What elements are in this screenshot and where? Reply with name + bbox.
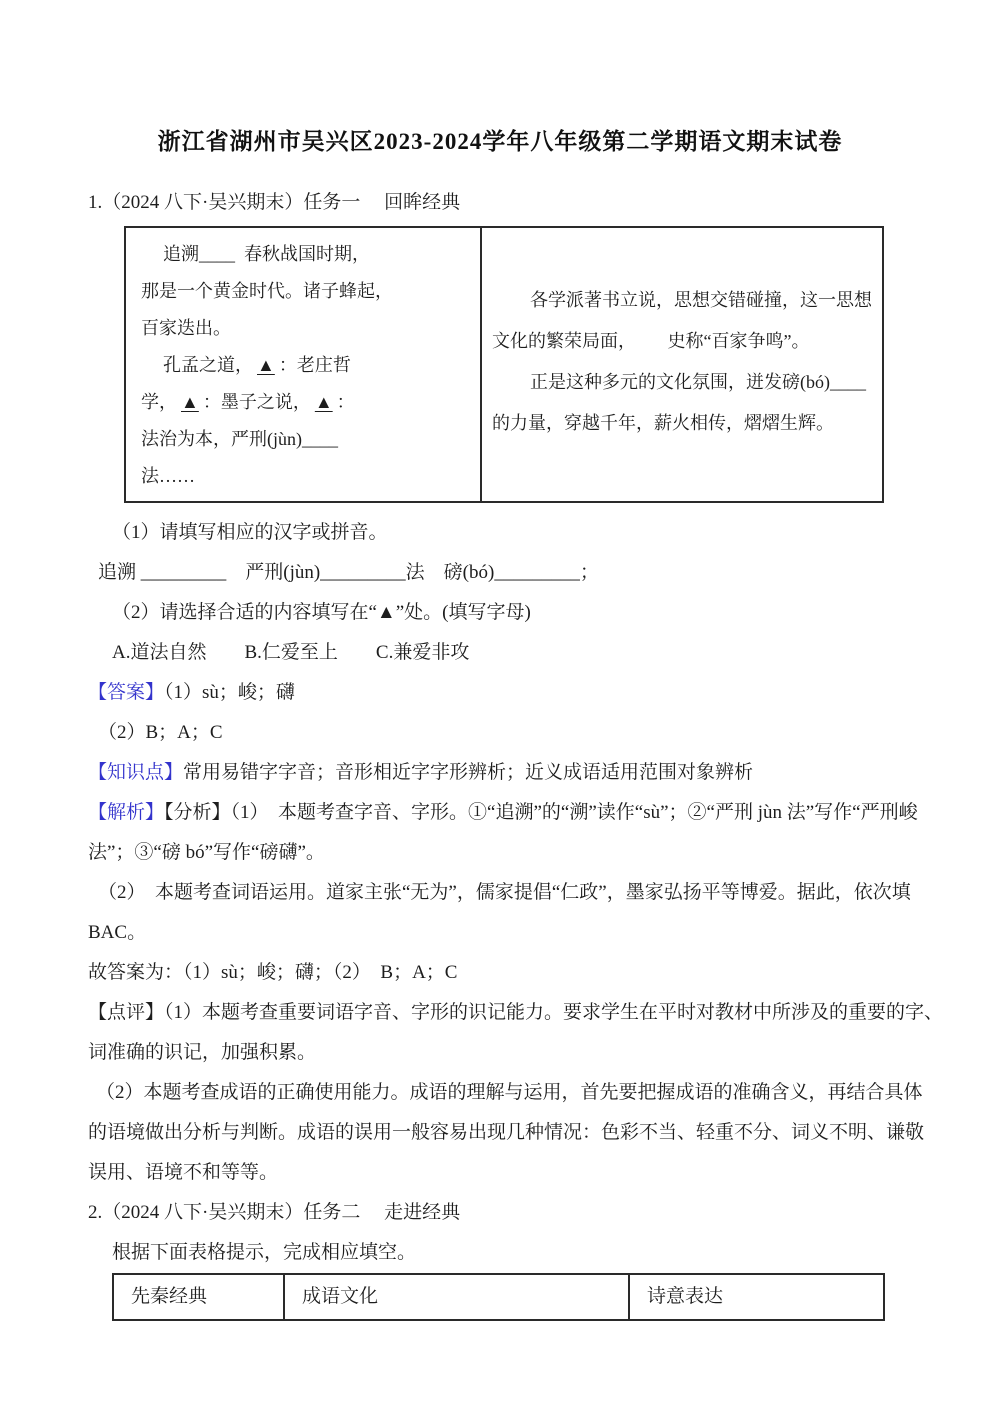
knowledge-point-text: 常用易错字字音；音形相近字字形辨析；近义成语适用范围对象辨析: [183, 762, 753, 783]
fill-table-header-cell: 诗意表达: [630, 1275, 883, 1319]
passage-text: 学，: [141, 392, 177, 412]
passage-table: 追溯____ 春秋战国时期， 那是一个黄金时代。诸子蜂起， 百家迭出。 孔孟之道…: [124, 226, 884, 503]
document-body: 浙江省湖州市吴兴区2023-2024学年八年级第二学期语文期末试卷 1.（202…: [0, 0, 1000, 1321]
answer-summary-line: 故答案为：（1）sù；峻；礴；（2） B；A；C: [88, 953, 912, 993]
passage-text: ：墨子之说，: [203, 392, 311, 412]
passage-line: 法……: [141, 458, 472, 495]
passage-right-cell: 各学派著书立说，思想交错碰撞，这一思想 文化的繁荣局面， 史称“百家争鸣”。 正…: [482, 228, 882, 501]
passage-text: ：老庄哲: [279, 355, 351, 375]
passage-text: ：: [337, 392, 355, 412]
passage-line: 百家迭出。: [141, 310, 472, 347]
fill-table-header-cell: 成语文化: [285, 1275, 630, 1319]
passage-line: 的力量，穿越千年，薪火相传，熠熠生辉。: [492, 403, 872, 444]
passage-line: 正是这种多元的文化氛围，迸发磅(bó)____: [492, 362, 872, 403]
sub-question-1: （1）请填写相应的汉字或拼音。: [88, 513, 912, 553]
passage-line: 法治为本，严刑(jùn)____: [141, 421, 472, 458]
analysis-line-3: （2） 本题考查词语运用。道家主张“无为”，儒家提倡“仁政”，墨家弘扬平等博爱。…: [88, 873, 912, 913]
question-2-intro: 根据下面表格提示，完成相应填空。: [88, 1233, 912, 1273]
passage-left-cell: 追溯____ 春秋战国时期， 那是一个黄金时代。诸子蜂起， 百家迭出。 孔孟之道…: [126, 228, 482, 501]
passage-line: 追溯____ 春秋战国时期，: [141, 236, 472, 273]
fill-table-header-cell: 先秦经典: [114, 1275, 285, 1319]
answer-line-2: （2）B；A；C: [88, 713, 912, 753]
sub-question-2: （2）请选择合适的内容填写在“▲”处。(填写字母): [88, 593, 912, 633]
options-line: A.道法自然 B.仁爱至上 C.兼爱非攻: [88, 633, 912, 673]
passage-line: 孔孟之道，▲：老庄哲: [141, 347, 472, 384]
question-1-heading: 1.（2024 八下·吴兴期末）任务一 回眸经典: [88, 186, 912, 220]
passage-line: 文化的繁荣局面， 史称“百家争鸣”。: [492, 321, 872, 362]
knowledge-point-line: 【知识点】常用易错字字音；音形相近字字形辨析；近义成语适用范围对象辨析: [88, 753, 912, 793]
analysis-text: （1） 本题考查字音、字形。①“追溯”的“溯”读作“sù”；②“严刑 jùn 法…: [231, 802, 918, 823]
knowledge-point-label: 【知识点】: [88, 762, 183, 783]
exam-document-page: { "accent_blue": "#3333cc", "title": "浙江…: [0, 0, 1000, 1414]
analysis-line-2: 法”；③“磅 bó”写作“磅礴”。: [88, 833, 912, 873]
triangle-blank: ▲: [315, 392, 333, 412]
analysis-line-1: 【解析】【分析】（1） 本题考查字音、字形。①“追溯”的“溯”读作“sù”；②“…: [88, 793, 912, 833]
comment-line-4: 的语境做出分析与判断。成语的误用一般容易出现几种情况：色彩不当、轻重不分、词义不…: [88, 1113, 912, 1153]
passage-line: 各学派著书立说，思想交错碰撞，这一思想: [492, 280, 872, 321]
passage-line: 学，▲：墨子之说，▲：: [141, 384, 472, 421]
comment-line-5: 误用、语境不和等等。: [88, 1153, 912, 1193]
comment-line-1: 【点评】（1）本题考查重要词语字音、字形的识记能力。要求学生在平时对教材中所涉及…: [88, 993, 912, 1033]
fill-in-line: 追溯 _________ 严刑(jùn)_________法 磅(bó)____…: [88, 553, 912, 593]
comment-line-3: （2）本题考查成语的正确使用能力。成语的理解与运用，首先要把握成语的准确含义，再…: [88, 1073, 912, 1113]
analysis-line-4: BAC。: [88, 913, 912, 953]
question-2-heading: 2.（2024 八下·吴兴期末）任务二 走进经典: [88, 1193, 912, 1233]
answer-label: 【答案】: [88, 682, 164, 703]
page-title: 浙江省湖州市吴兴区2023-2024学年八年级第二学期语文期末试卷: [88, 128, 912, 156]
passage-line: 那是一个黄金时代。诸子蜂起，: [141, 273, 472, 310]
analysis-label: 【解析】: [88, 802, 164, 823]
triangle-blank: ▲: [257, 355, 275, 375]
answer-text: （1）sù；峻；礴: [164, 682, 295, 703]
analysis-sublabel: 【分析】: [164, 802, 231, 823]
answer-line-1: 【答案】（1）sù；峻；礴: [88, 673, 912, 713]
fill-table: 先秦经典 成语文化 诗意表达: [112, 1273, 885, 1321]
triangle-blank: ▲: [181, 392, 199, 412]
passage-text: 孔孟之道，: [163, 355, 253, 375]
comment-line-2: 词准确的识记，加强积累。: [88, 1033, 912, 1073]
